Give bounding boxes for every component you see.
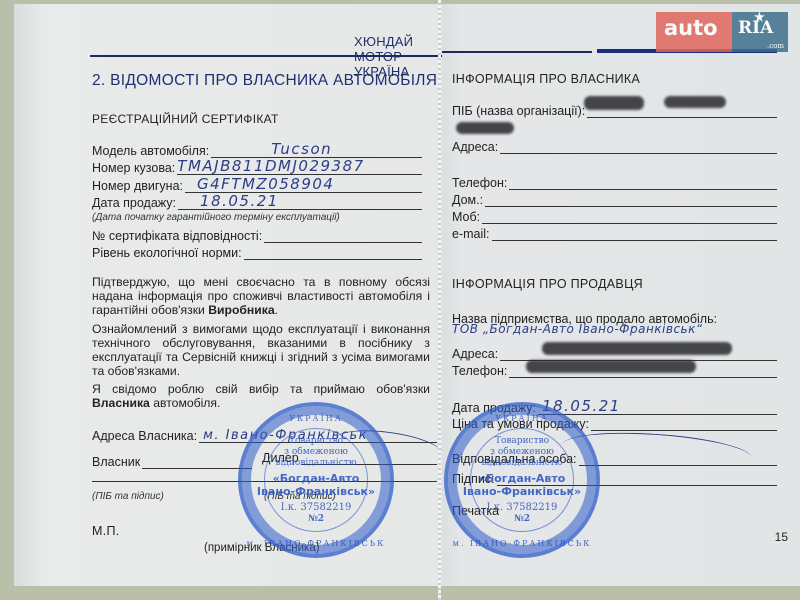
eco-level-field: Рівень екологічної норми: — [92, 246, 422, 260]
owner-phone-field: Телефон: — [452, 176, 777, 190]
paragraph-owner-obligations: Я свідомо роблю свій вибір та приймаю об… — [92, 382, 430, 410]
paragraph-info-received: Підтверджую, що мені своєчасно та в повн… — [92, 275, 430, 317]
body-number-value: TMAJB811DMJ029387 — [177, 157, 364, 175]
body-number-field: Номер кузова: TMAJB811DMJ029387 — [92, 161, 422, 175]
page-number: 15 — [775, 530, 788, 544]
torn-page-edge — [438, 0, 441, 600]
redacted-owner-patronymic — [456, 122, 514, 134]
engine-number-value: G4FTMZ058904 — [197, 175, 334, 193]
owner-info-title: ІНФОРМАЦІЯ ПРО ВЛАСНИКА — [452, 72, 640, 86]
dealer-stamp-right: УКРАЇНА Товариствоз обмеженоювідповідаль… — [444, 402, 600, 558]
owner-signature-field: Власник — [92, 455, 252, 469]
model-field: Модель автомобіля: Tucson — [92, 144, 422, 158]
sale-date-value: 18.05.21 — [200, 192, 279, 210]
owner-mobile-field: Моб: — [452, 210, 777, 224]
paragraph-requirements: Ознайомлений з вимогами щодо експлуатаці… — [92, 322, 430, 378]
right-page: ІНФОРМАЦІЯ ПРО ВЛАСНИКА ПІБ (назва орган… — [442, 4, 800, 586]
seller-info-title: ІНФОРМАЦІЯ ПРО ПРОДАВЦЯ — [452, 277, 643, 291]
engine-number-field: Номер двигуна: G4FTMZ058904 — [92, 179, 422, 193]
star-icon: ★ — [754, 10, 765, 24]
watermark-auto: auto — [656, 12, 732, 52]
owner-email-field: e-mail: — [452, 227, 777, 241]
owner-signature-note: (ПІБ та підпис) — [92, 491, 164, 502]
section-title: 2. ВІДОМОСТІ ПРО ВЛАСНИКА АВТОМОБІЛЯ — [92, 72, 437, 90]
seller-company-value: ТОВ „Богдан-Авто Івано-Франківськ“ — [452, 322, 703, 336]
owner-home-phone-field: Дом.: — [452, 193, 777, 207]
model-value: Tucson — [271, 140, 332, 158]
left-page: ХЮНДАЙ МОТОР УКРАЇНА 2. ВІДОМОСТІ ПРО ВЛ… — [14, 4, 442, 586]
watermark-ria: ★ RIA .com — [732, 12, 788, 52]
dealer-stamp-left: УКРАЇНА Товариствоз обмеженоювідповідаль… — [238, 402, 394, 558]
stamp-place-label: М.П. — [92, 524, 120, 538]
header-rule — [90, 55, 442, 57]
header-rule-right — [442, 51, 592, 53]
redacted-seller-address — [542, 342, 732, 355]
registration-certificate-heading: РЕЄСТРАЦІЙНИЙ СЕРТИФІКАТ — [92, 112, 279, 126]
redacted-seller-phone — [526, 360, 696, 373]
autoria-watermark: auto ★ RIA .com — [656, 12, 788, 52]
sale-date-field: Дата продажу: 18.05.21 — [92, 196, 422, 210]
redacted-owner-name — [664, 96, 726, 108]
sale-date-note: (Дата початку гарантійного терміну експл… — [92, 212, 340, 223]
owner-address-right-field: Адреса: — [452, 140, 777, 154]
certificate-number-field: № сертифіката відповідності: — [92, 229, 422, 243]
redacted-owner-surname — [584, 96, 644, 110]
